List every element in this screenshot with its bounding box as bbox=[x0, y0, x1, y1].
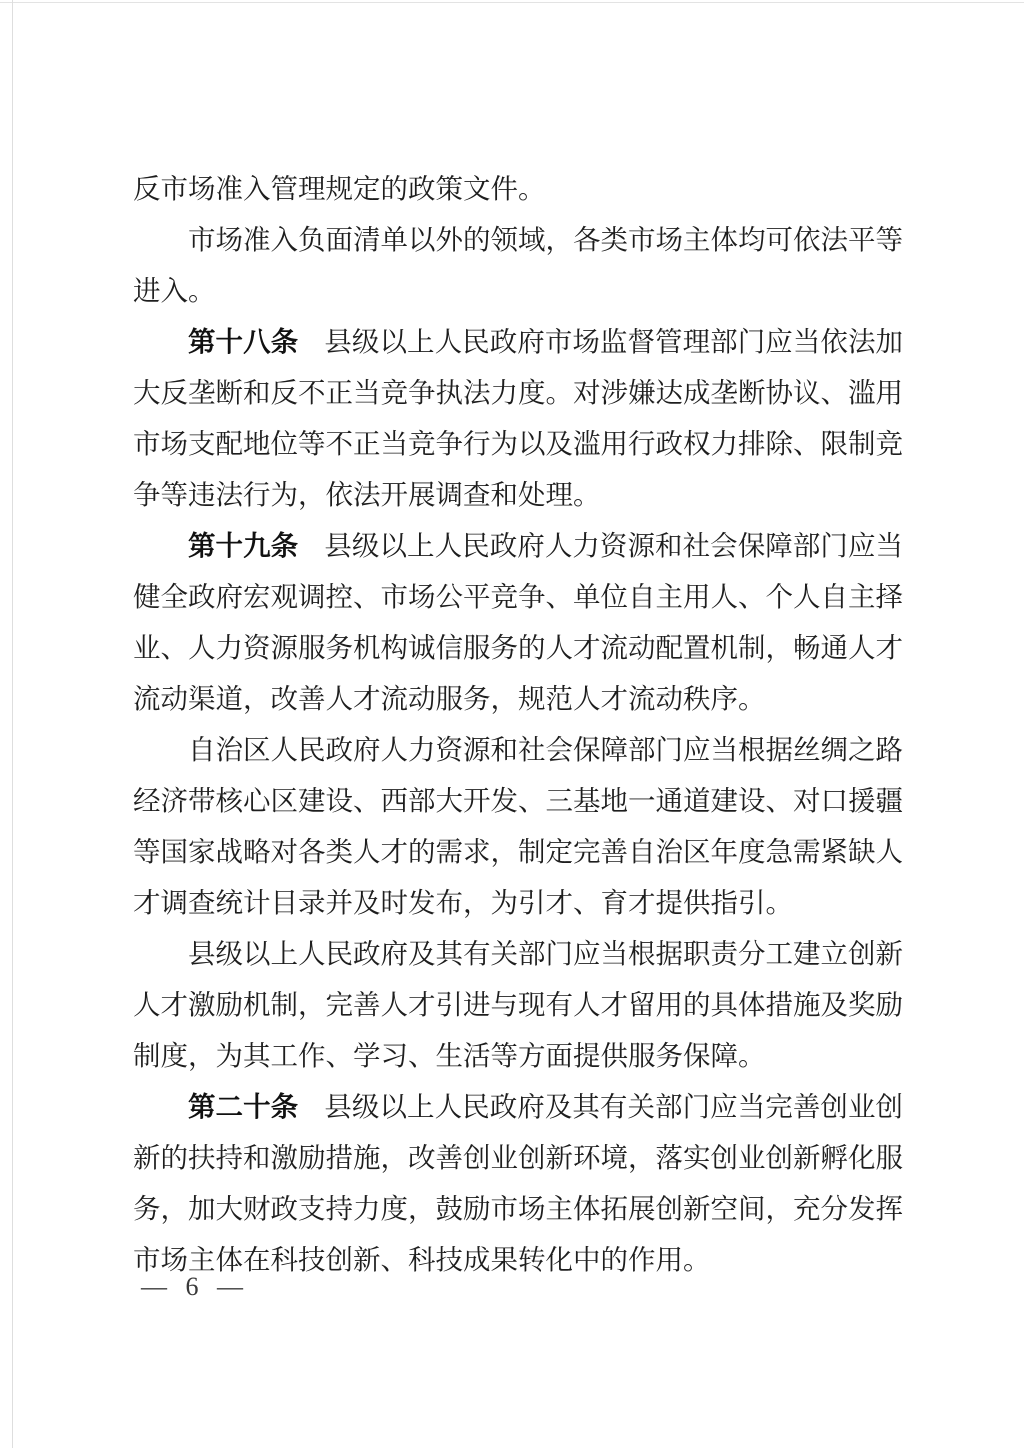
paragraph: 县级以上人民政府及其有关部门应当根据职责分工建立创新人才激励机制，完善人才引进与… bbox=[133, 928, 903, 1081]
paragraph-text: 自治区人民政府人力资源和社会保障部门应当根据丝绸之路经济带核心区建设、西部大开发… bbox=[133, 734, 903, 918]
paragraph: 反市场准入管理规定的政策文件。 bbox=[133, 163, 903, 214]
paragraph: 市场准入负面清单以外的领域，各类市场主体均可依法平等进入。 bbox=[133, 214, 903, 316]
paragraph: 第二十条县级以上人民政府及其有关部门应当完善创业创新的扶持和激励措施，改善创业创… bbox=[133, 1081, 903, 1285]
page-number: — 6 — bbox=[141, 1272, 249, 1302]
text-block: 反市场准入管理规定的政策文件。 市场准入负面清单以外的领域，各类市场主体均可依法… bbox=[133, 163, 903, 1285]
article-number: 第十八条 bbox=[188, 326, 298, 357]
paragraph: 第十九条县级以上人民政府人力资源和社会保障部门应当健全政府宏观调控、市场公平竞争… bbox=[133, 520, 903, 724]
article-number: 第二十条 bbox=[188, 1091, 298, 1122]
paragraph: 自治区人民政府人力资源和社会保障部门应当根据丝绸之路经济带核心区建设、西部大开发… bbox=[133, 724, 903, 928]
scan-edge-left bbox=[12, 0, 13, 1448]
scan-edge-top bbox=[0, 2, 1024, 3]
paragraph: 第十八条县级以上人民政府市场监督管理部门应当依法加大反垄断和反不正当竞争执法力度… bbox=[133, 316, 903, 520]
paragraph-text: 县级以上人民政府及其有关部门应当根据职责分工建立创新人才激励机制，完善人才引进与… bbox=[133, 938, 903, 1071]
paragraph-text: 市场准入负面清单以外的领域，各类市场主体均可依法平等进入。 bbox=[133, 224, 903, 306]
article-number: 第十九条 bbox=[188, 530, 298, 561]
paragraph-text: 反市场准入管理规定的政策文件。 bbox=[133, 173, 546, 204]
